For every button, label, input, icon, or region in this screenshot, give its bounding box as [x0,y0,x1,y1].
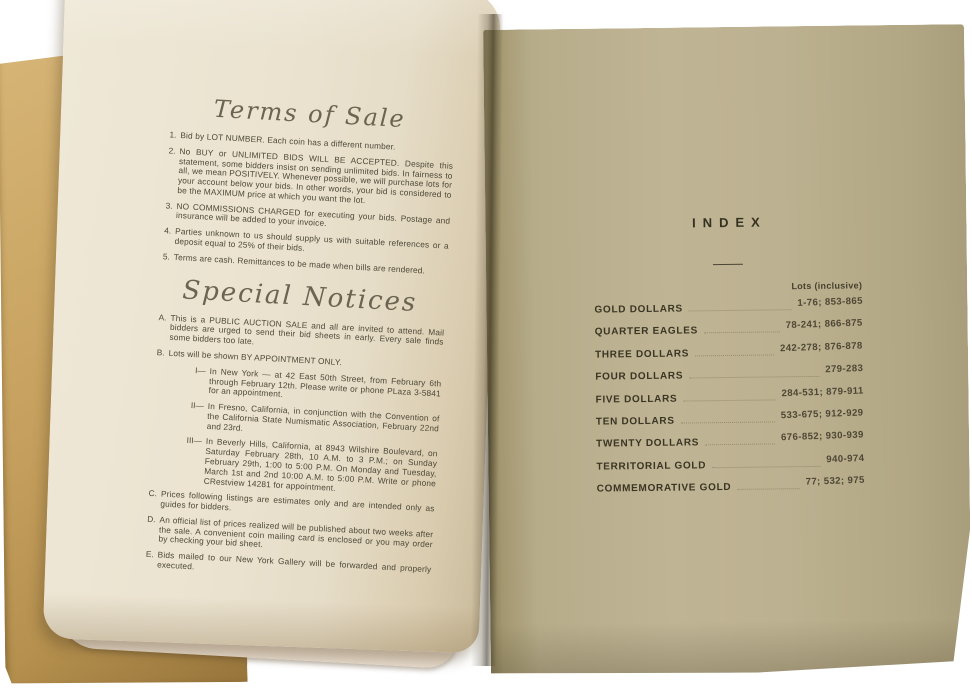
index-row-lots: 676-852; 930-939 [781,430,864,444]
index-row-lots: 242-278; 876-878 [780,340,863,354]
term-number: 2. [159,146,176,196]
index-row-lots: 533-675; 912-929 [781,407,864,421]
index-row-label: FOUR DOLLARS [595,371,683,383]
index-row: TWENTY DOLLARS 676-852; 930-939 [596,436,864,462]
index-row-label: TERRITORIAL GOLD [596,460,706,472]
dotted-leader [689,309,791,311]
index-row-lots: 940-974 [826,453,864,465]
index-row-lots: 1-76; 853-865 [797,296,863,309]
notice-letter: D. [140,514,156,544]
notice-letter: E. [139,550,154,570]
notice-roman-numeral: III— [178,436,203,486]
term-number: 5. [156,252,171,263]
dotted-leader [705,444,775,446]
dotted-leader [683,399,775,401]
notice-text: In Beverly Hills, California, at 8943 Wi… [203,437,437,498]
index-row-lots: 78-241; 866-875 [786,318,863,332]
term-number: 4. [156,226,171,246]
dotted-leader [737,488,799,490]
term-text: No BUY or UNLIMITED BIDS WILL BE ACCEPTE… [177,147,453,211]
notices-list: A. This is a PUBLIC AUCTION SALE and all… [139,312,444,585]
index-row-lots: 77; 532; 975 [805,475,865,488]
term-number: 3. [158,201,173,221]
dotted-leader [695,354,774,356]
index-table: GOLD DOLLARS 1-76; 853-865 QUARTER EAGLE… [594,301,864,506]
index-row-label: FIVE DOLLARS [596,393,678,405]
index-title-rule [713,264,743,265]
notice-letter: C. [142,489,157,509]
dotted-leader [689,376,819,379]
index-row-lots: 284-531; 879-911 [781,385,863,399]
notice-letter: B. [150,348,165,359]
right-page: INDEX Lots (inclusive) GOLD DOLLARS 1-76… [483,24,972,676]
term-item: 2. No BUY or UNLIMITED BIDS WILL BE ACCE… [159,146,453,211]
dotted-leader [704,332,780,334]
left-page: Terms of Sale 1. Bid by LOT NUMBER. Each… [43,0,502,653]
index-row-lots: 279-283 [825,363,863,375]
notice-subitem: III— In Beverly Hills, California, at 89… [178,436,438,499]
index-row-label: GOLD DOLLARS [594,304,683,316]
left-page-content: Terms of Sale 1. Bid by LOT NUMBER. Each… [139,92,457,591]
index-row-label: THREE DOLLARS [595,348,689,360]
index-row: COMMEMORATIVE GOLD 77; 532; 975 [597,480,865,506]
index-row-label: QUARTER EAGLES [595,326,698,338]
special-notices-title: Special Notices [153,273,446,319]
right-page-content: INDEX Lots (inclusive) GOLD DOLLARS 1-76… [483,24,972,676]
dotted-leader [681,421,776,423]
terms-of-sale-title: Terms of Sale [163,92,456,136]
lots-inclusive-header: Lots (inclusive) [594,280,862,293]
notice-letter: A. [151,312,167,342]
dotted-leader [712,466,820,468]
notice-roman-numeral: II— [180,401,204,431]
index-row: THREE DOLLARS 242-278; 876-878 [595,346,863,372]
index-title: INDEX [485,212,966,233]
index-row-label: TEN DOLLARS [596,416,675,428]
index-row-label: COMMEMORATIVE GOLD [597,482,732,495]
term-number: 1. [162,130,177,141]
terms-list: 1. Bid by LOT NUMBER. Each coin has a di… [156,130,455,277]
catalog-photo: Terms of Sale 1. Bid by LOT NUMBER. Each… [0,0,972,700]
index-row-label: TWENTY DOLLARS [596,438,699,450]
notice-roman-numeral: I— [182,365,206,395]
